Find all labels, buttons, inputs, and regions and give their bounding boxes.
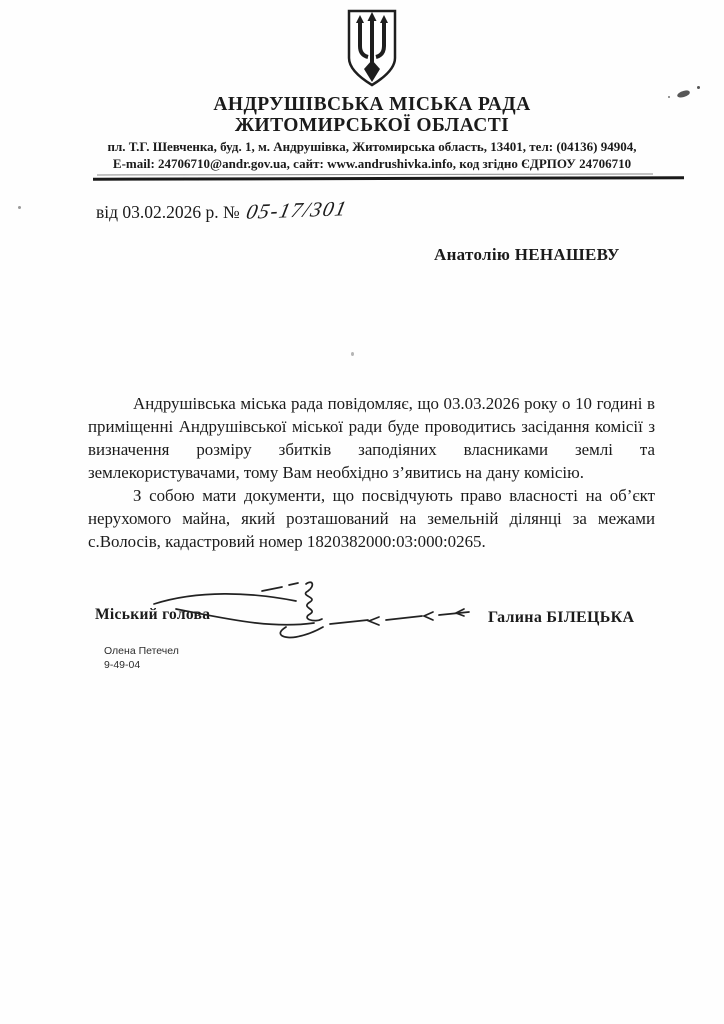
- ukraine-trident-emblem-icon: [339, 8, 405, 88]
- reference-handwritten-number: 05-17/301: [244, 196, 350, 224]
- addressee-name: Анатолію НЕНАШЕВУ: [434, 245, 620, 265]
- scanned-letter-page: АНДРУШІВСЬКА МІСЬКА РАДА ЖИТОМИРСЬКОЇ ОБ…: [0, 0, 724, 1024]
- body-paragraph-1: Андрушівська міська рада повідомляє, що …: [88, 392, 655, 484]
- org-name-line2: ЖИТОМИРСЬКОЇ ОБЛАСТІ: [20, 115, 724, 136]
- scan-dot: [18, 206, 21, 209]
- org-name-line1: АНДРУШІВСЬКА МІСЬКА РАДА: [20, 94, 724, 115]
- org-address-line1: пл. Т.Г. Шевченка, буд. 1, м. Андрушівка…: [20, 139, 724, 156]
- reference-printed-prefix: від 03.02.2026 р. №: [96, 202, 240, 222]
- executor-note: Олена Петечел 9-49-04: [104, 645, 179, 672]
- scan-dot: [697, 86, 700, 89]
- org-address-line2: E-mail: 24706710@andr.gov.ua, сайт: www.…: [20, 156, 724, 173]
- scan-dot: [668, 96, 670, 98]
- letter-body: Андрушівська міська рада повідомляє, що …: [88, 392, 655, 553]
- reference-line: від 03.02.2026 р. № 05-17/301: [96, 199, 347, 224]
- executor-name: Олена Петечел: [104, 645, 179, 659]
- body-paragraph-2: З собою мати документи, що посвідчують п…: [88, 484, 655, 553]
- header-divider-thin: [97, 174, 653, 176]
- scan-dot: [351, 352, 354, 356]
- signer-name: Галина БІЛЕЦЬКА: [488, 609, 634, 627]
- handwritten-signature-icon: [148, 578, 478, 640]
- letterhead: АНДРУШІВСЬКА МІСЬКА РАДА ЖИТОМИРСЬКОЇ ОБ…: [20, 8, 724, 172]
- header-divider-thick: [93, 176, 684, 180]
- executor-phone: 9-49-04: [104, 659, 179, 673]
